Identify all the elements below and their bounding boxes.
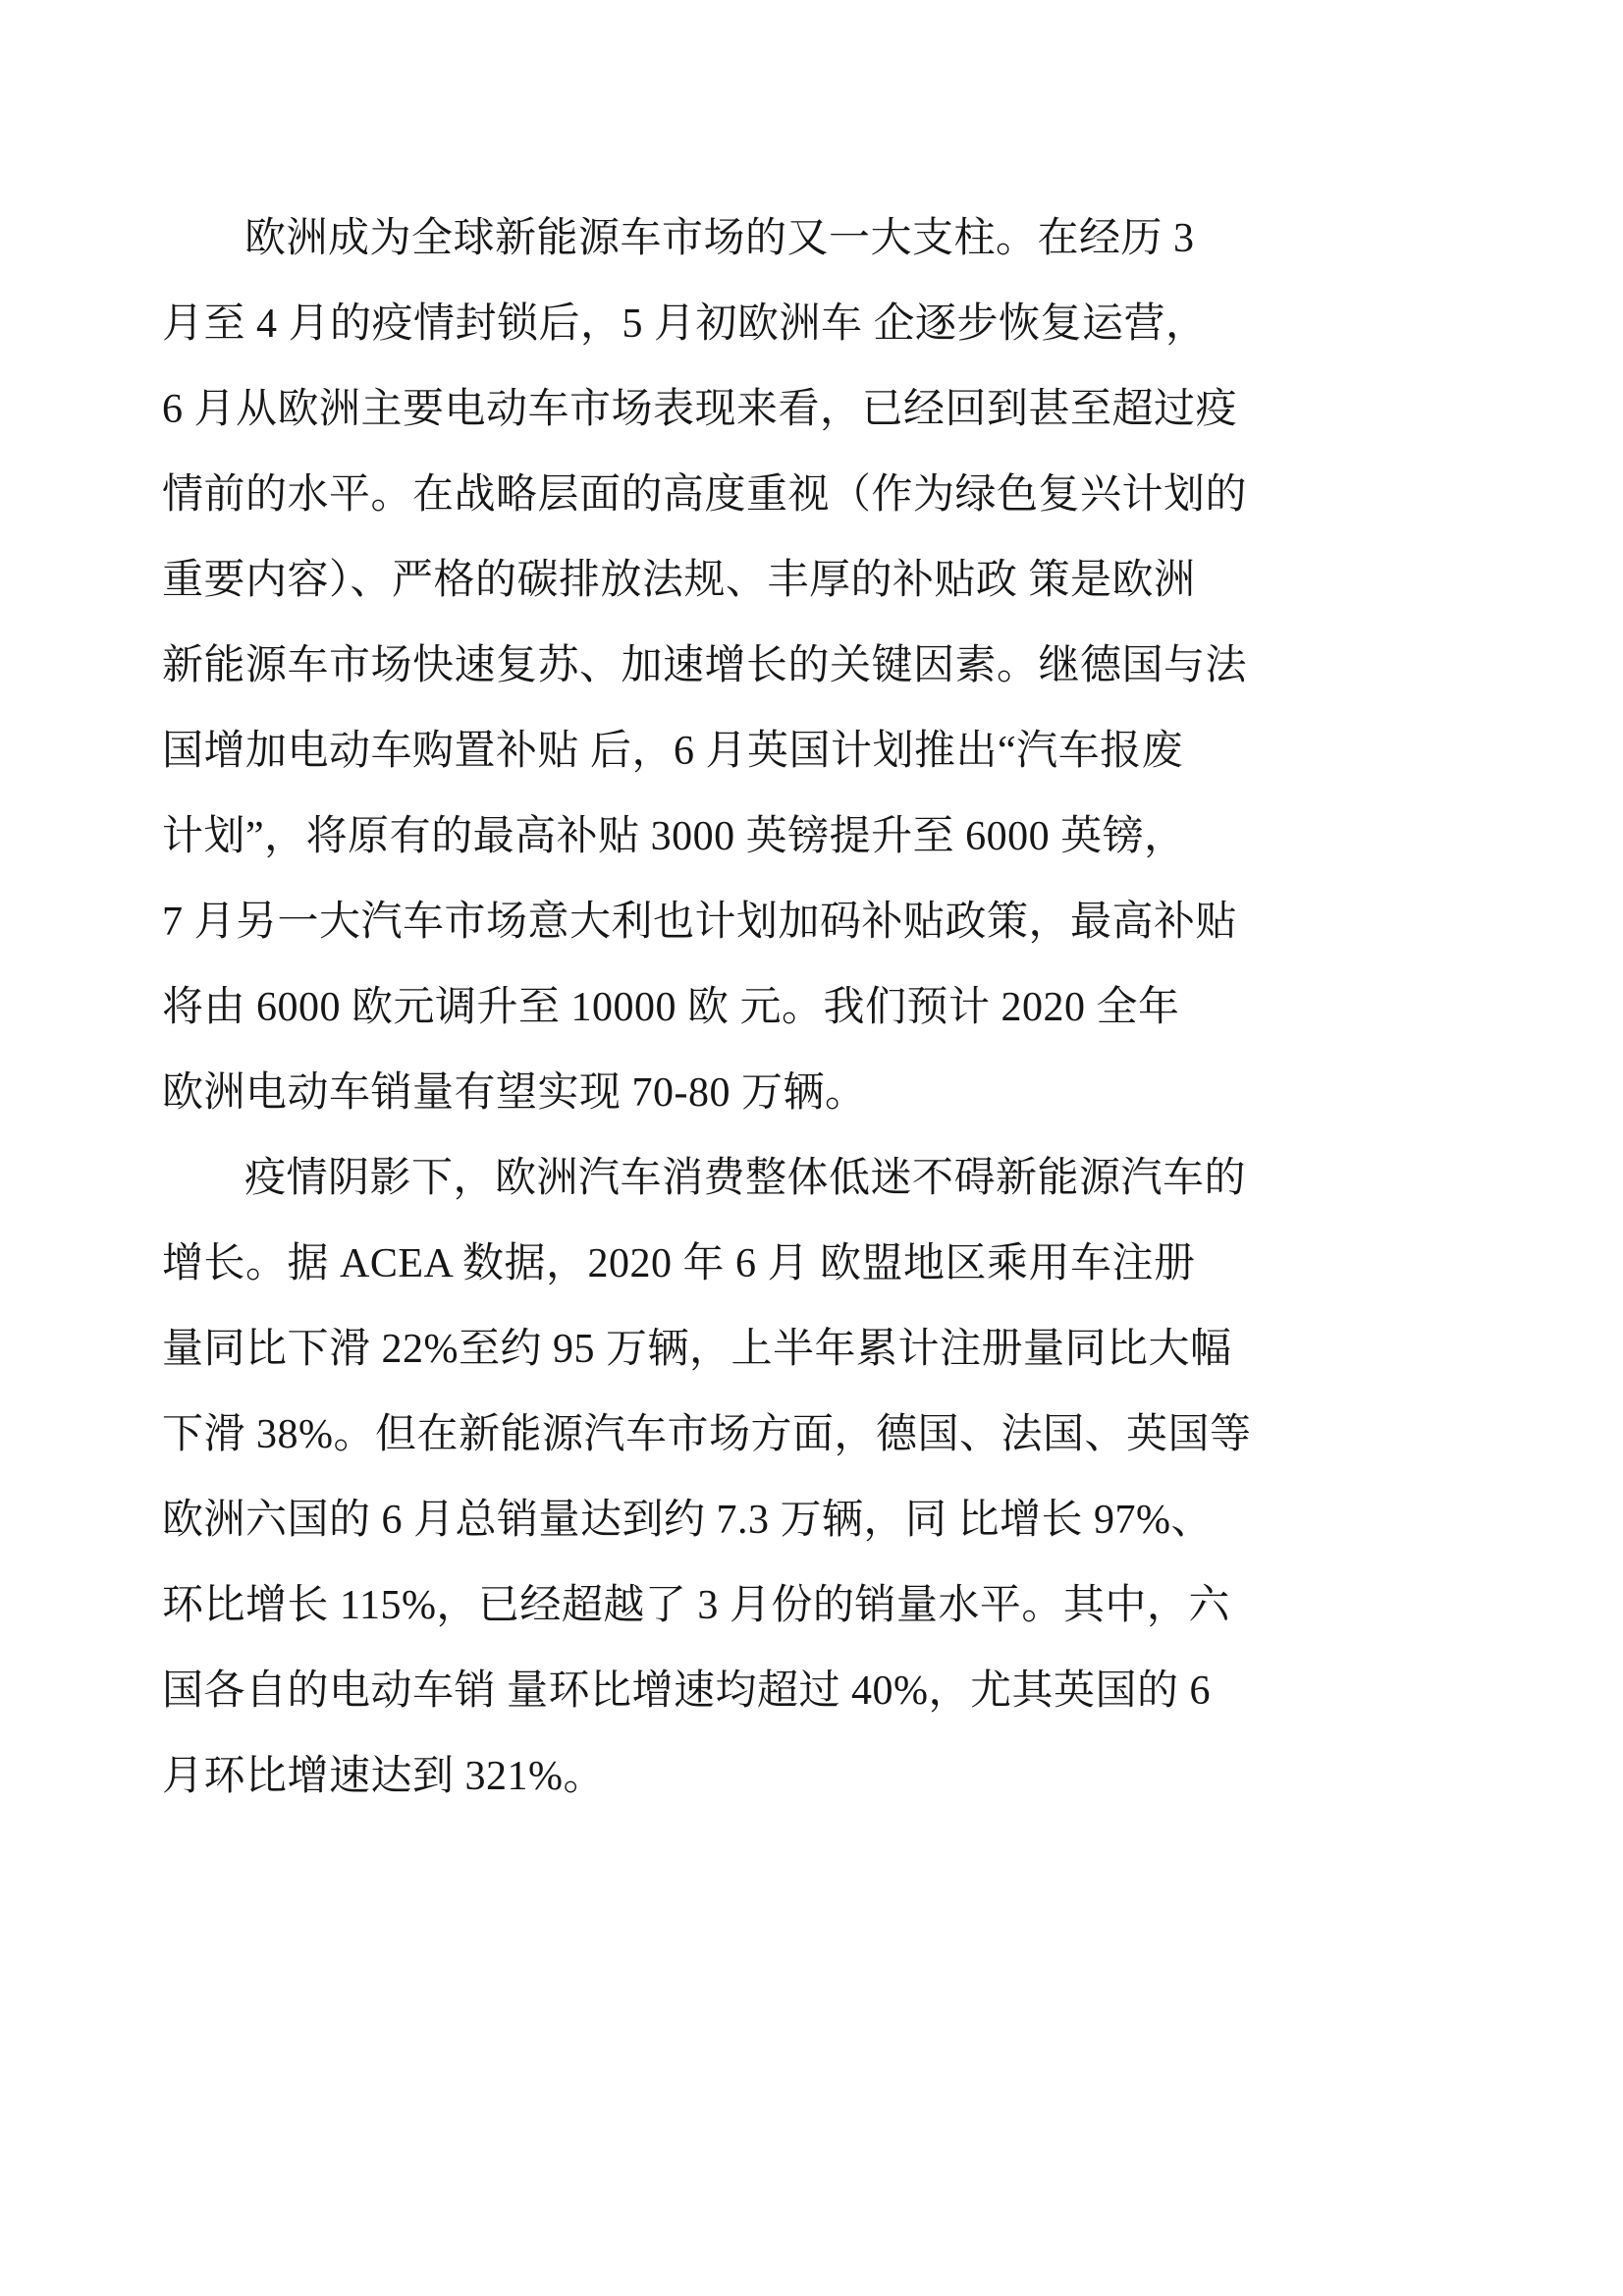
text-line: 下滑 38%。但在新能源汽车市场方面，德国、法国、英国等: [162, 1393, 1505, 1478]
text-line: 计划”，将原有的最高补贴 3000 英镑提升至 6000 英镑，: [162, 794, 1505, 880]
text-line: 疫情阴影下，欧洲汽车消费整体低迷不碍新能源汽车的: [162, 1136, 1505, 1222]
paragraph-europe-pillar: 欧洲成为全球新能源车市场的又一大支柱。在经历 3 月至 4 月的疫情封锁后，5 …: [162, 196, 1505, 1136]
text-line: 增长。据 ACEA 数据，2020 年 6 月 欧盟地区乘用车注册: [162, 1222, 1505, 1307]
paragraph-epidemic-shadow: 疫情阴影下，欧洲汽车消费整体低迷不碍新能源汽车的 增长。据 ACEA 数据，20…: [162, 1136, 1505, 1820]
text-line: 将由 6000 欧元调升至 10000 欧 元。我们预计 2020 全年: [162, 965, 1505, 1051]
text-line: 重要内容）、严格的碳排放法规、丰厚的补贴政 策是欧洲: [162, 538, 1505, 624]
document-page: 欧洲成为全球新能源车市场的又一大支柱。在经历 3 月至 4 月的疫情封锁后，5 …: [0, 0, 1623, 2296]
text-line: 欧洲六国的 6 月总销量达到约 7.3 万辆，同 比增长 97%、: [162, 1478, 1505, 1563]
text-line: 月至 4 月的疫情封锁后，5 月初欧洲车 企逐步恢复运营，: [162, 282, 1505, 367]
text-line: 6 月从欧洲主要电动车市场表现来看，已经回到甚至超过疫: [162, 367, 1505, 453]
text-line: 7 月另一大汽车市场意大利也计划加码补贴政策，最高补贴: [162, 880, 1505, 965]
text-line: 国增加电动车购置补贴 后，6 月英国计划推出“汽车报废: [162, 709, 1505, 794]
text-line: 月环比增速达到 321%。: [162, 1734, 1505, 1820]
text-line: 欧洲电动车销量有望实现 70-80 万辆。: [162, 1051, 1505, 1136]
text-line: 量同比下滑 22%至约 95 万辆，上半年累计注册量同比大幅: [162, 1307, 1505, 1393]
text-line: 新能源车市场快速复苏、加速增长的关键因素。继德国与法: [162, 624, 1505, 709]
text-line: 情前的水平。在战略层面的高度重视（作为绿色复兴计划的: [162, 453, 1505, 538]
text-line: 欧洲成为全球新能源车市场的又一大支柱。在经历 3: [162, 196, 1505, 282]
text-line: 国各自的电动车销 量环比增速均超过 40%，尤其英国的 6: [162, 1649, 1505, 1734]
text-line: 环比增长 115%，已经超越了 3 月份的销量水平。其中，六: [162, 1563, 1505, 1649]
